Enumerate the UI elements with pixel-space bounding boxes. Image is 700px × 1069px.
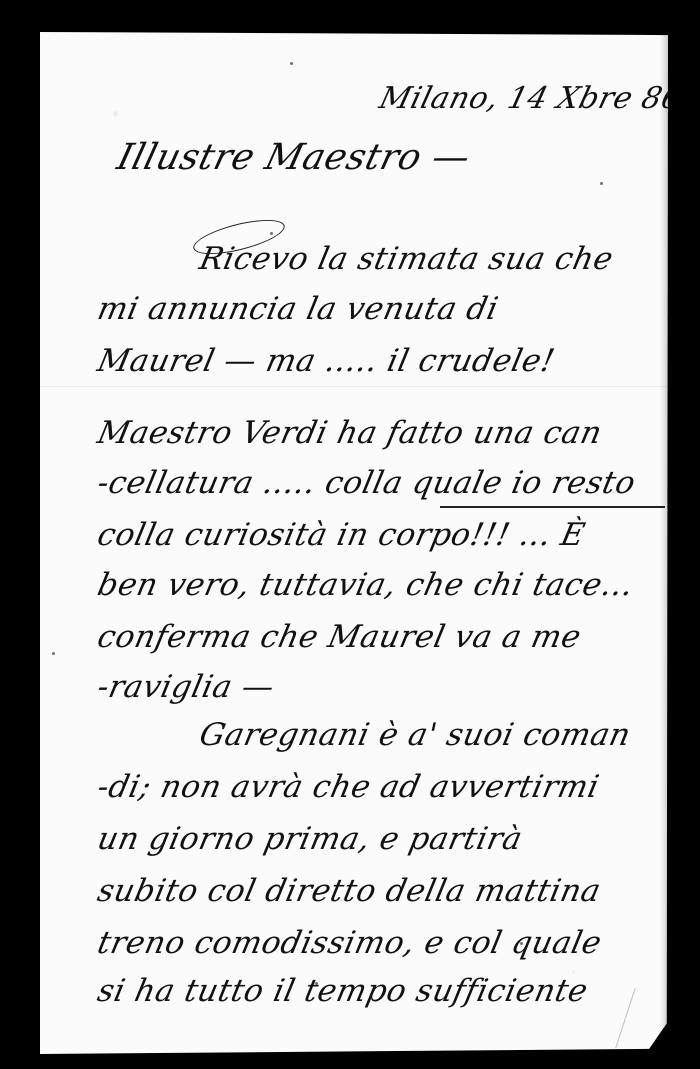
- letter-line: Garegnani è a' suoi coman: [197, 720, 634, 751]
- letter-line: subito col diretto della mattina: [95, 876, 604, 907]
- paper-edge-shadow: [660, 32, 668, 1054]
- letter-date: Milano, 14 Xbre 86.: [376, 84, 695, 114]
- letter-line: ben vero, tuttavia, che chi tace...: [95, 570, 636, 601]
- letter-salutation: Illustre Maestro —: [114, 140, 474, 176]
- letter-line: Ricevo la stimata sua che: [197, 244, 616, 275]
- letter-line: Maurel — ma ..... il crudele!: [95, 346, 558, 377]
- text-underline: [440, 506, 665, 508]
- letter-line: Maestro Verdi ha fatto una can: [95, 418, 605, 449]
- paper-fold-line: [40, 386, 668, 387]
- letter-line: si ha tutto il tempo sufficiente: [95, 976, 591, 1007]
- letter-line: -di; non avrà che ad avvertirmi: [95, 772, 602, 803]
- scanned-page: Milano, 14 Xbre 86. Illustre Maestro — R…: [0, 0, 700, 1069]
- letter-line: -cellatura ..... colla quale io resto: [95, 468, 639, 499]
- ink-speck: [600, 182, 603, 185]
- letter-paper: Milano, 14 Xbre 86. Illustre Maestro — R…: [40, 32, 668, 1054]
- letter-line: conferma che Maurel va a me: [95, 622, 584, 653]
- letter-line: colla curiosità in corpo!!! ... È: [95, 520, 588, 551]
- corner-fold-mark: [615, 988, 665, 1048]
- ink-speck: [52, 652, 55, 655]
- letter-line: un giorno prima, e partirà: [95, 824, 525, 855]
- letter-line: mi annuncia la venuta di: [95, 294, 501, 325]
- letter-line: -raviglia —: [95, 672, 277, 703]
- letter-line: treno comodissimo, e col quale: [95, 928, 605, 959]
- ink-speck: [290, 62, 293, 65]
